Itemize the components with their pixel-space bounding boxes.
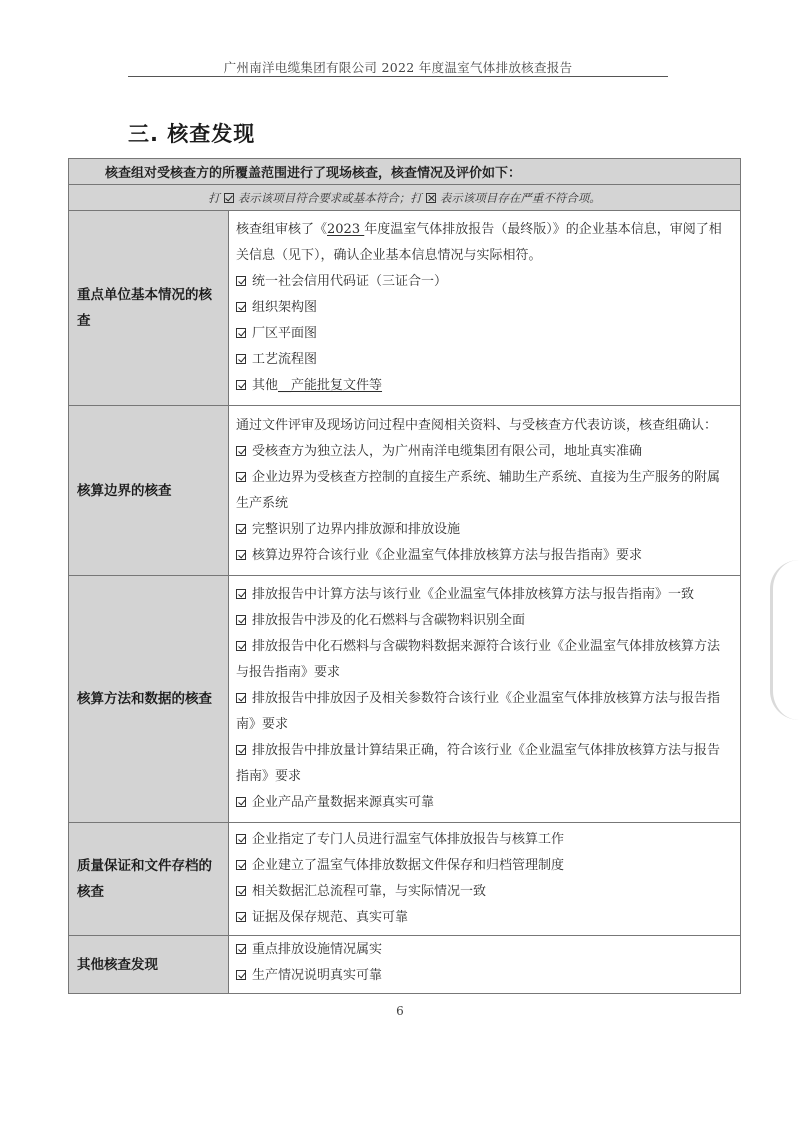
check-item-text: 组织架构图 [252, 300, 317, 315]
checkbox-checked-icon [236, 550, 246, 560]
check-item: 厂区平面图 [236, 321, 732, 347]
checkbox-checked-icon [236, 944, 246, 954]
checkbox-checked-icon [236, 797, 246, 807]
check-item-text: 相关数据汇总流程可靠，与实际情况一致 [252, 884, 486, 899]
category-label: 核算边界的核查 [69, 406, 229, 576]
table-row: 其他核查发现 重点排放设施情况属实 生产情况说明真实可靠 [69, 936, 741, 994]
checkbox-checked-icon [236, 615, 246, 625]
intro-paragraph: 核查组审核了《2023 年度温室气体排放报告（最终版）》的企业基本信息，审阅了相… [236, 217, 732, 269]
page-number: 6 [0, 1004, 800, 1018]
checkbox-checked-icon [236, 886, 246, 896]
check-item-text: 排放报告中计算方法与该行业《企业温室气体排放核算方法与报告指南》一致 [252, 587, 694, 602]
check-item: 受核查方为独立法人，为广州南洋电缆集团有限公司，地址真实准确 [236, 439, 732, 465]
legend-text-2: 表示该项目存在严重不符合项。 [440, 191, 601, 205]
checkbox-checked-icon [236, 693, 246, 703]
check-item: 企业边界为受核查方控制的直接生产系统、辅助生产系统、直接为生产服务的附属生产系统 [236, 465, 732, 517]
checkbox-checked-icon [236, 380, 246, 390]
check-item-text: 重点排放设施情况属实 [252, 942, 382, 957]
check-item-text: 企业产品产量数据来源真实可靠 [252, 795, 434, 810]
checkbox-checked-icon [236, 446, 246, 456]
findings-content: 核查组审核了《2023 年度温室气体排放报告（最终版）》的企业基本信息，审阅了相… [229, 211, 741, 406]
check-item-text: 统一社会信用代码证（三证合一） [252, 274, 447, 289]
findings-content: 重点排放设施情况属实 生产情况说明真实可靠 [229, 936, 741, 994]
category-label: 核算方法和数据的核查 [69, 576, 229, 823]
report-year: 2023 [327, 222, 364, 237]
table-row: 核算边界的核查 通过文件评审及现场访问过程中查阅相关资料、与受核查方代表访谈，核… [69, 406, 741, 576]
checkbox-checked-icon [236, 276, 246, 286]
check-item: 证据及保存规范、真实可靠 [236, 905, 732, 931]
checked-box-icon [224, 193, 234, 203]
category-label: 其他核查发现 [69, 936, 229, 994]
running-header: 广州南洋电缆集团有限公司 2022 年度温室气体排放核查报告 [128, 58, 668, 76]
checkbox-checked-icon [236, 524, 246, 534]
check-item: 统一社会信用代码证（三证合一） [236, 269, 732, 295]
checkbox-checked-icon [236, 834, 246, 844]
legend-prefix: 打 [208, 191, 220, 205]
checkbox-checked-icon [236, 354, 246, 364]
check-item: 企业建立了温室气体排放数据文件保存和归档管理制度 [236, 853, 732, 879]
checkbox-checked-icon [236, 328, 246, 338]
findings-table: 核查组对受核查方的所覆盖范围进行了现场核查，核查情况及评价如下： 打表示该项目符… [68, 158, 741, 994]
check-item: 排放报告中排放因子及相关参数符合该行业《企业温室气体排放核算方法与报告指南》要求 [236, 686, 732, 738]
check-item-text: 排放报告中化石燃料与含碳物料数据来源符合该行业《企业温室气体排放核算方法与报告指… [236, 639, 720, 680]
legend-text: 打表示该项目符合要求或基本符合；打表示该项目存在严重不符合项。 [69, 185, 741, 211]
check-item: 排放报告中化石燃料与含碳物料数据来源符合该行业《企业温室气体排放核算方法与报告指… [236, 634, 732, 686]
findings-content: 企业指定了专门人员进行温室气体排放报告与核算工作 企业建立了温室气体排放数据文件… [229, 823, 741, 936]
checkbox-checked-icon [236, 970, 246, 980]
checkbox-checked-icon [236, 860, 246, 870]
checkbox-checked-icon [236, 589, 246, 599]
section-title: 三. 核查发现 [128, 118, 255, 148]
check-item-text: 证据及保存规范、真实可靠 [252, 910, 408, 925]
intro-text: 核查组对受核查方的所覆盖范围进行了现场核查，核查情况及评价如下： [69, 159, 741, 185]
findings-content: 排放报告中计算方法与该行业《企业温室气体排放核算方法与报告指南》一致 排放报告中… [229, 576, 741, 823]
intro-paragraph: 通过文件评审及现场访问过程中查阅相关资料、与受核查方代表访谈，核查组确认： [236, 413, 732, 439]
crossed-box-icon [426, 193, 436, 203]
checkbox-checked-icon [236, 745, 246, 755]
check-item-text: 工艺流程图 [252, 352, 317, 367]
check-item-text: 排放报告中排放量计算结果正确，符合该行业《企业温室气体排放核算方法与报告指南》要… [236, 743, 720, 784]
checkbox-checked-icon [236, 472, 246, 482]
check-item: 排放报告中计算方法与该行业《企业温室气体排放核算方法与报告指南》一致 [236, 582, 732, 608]
check-item-text: 核算边界符合该行业《企业温室气体排放核算方法与报告指南》要求 [252, 548, 642, 563]
legend-row: 打表示该项目符合要求或基本符合；打表示该项目存在严重不符合项。 [69, 185, 741, 211]
check-item-text: 企业边界为受核查方控制的直接生产系统、辅助生产系统、直接为生产服务的附属生产系统 [236, 470, 720, 511]
other-label: 其他 [252, 378, 278, 393]
check-item-text: 厂区平面图 [252, 326, 317, 341]
check-item: 排放报告中排放量计算结果正确，符合该行业《企业温室气体排放核算方法与报告指南》要… [236, 738, 732, 790]
check-item-text: 排放报告中排放因子及相关参数符合该行业《企业温室气体排放核算方法与报告指南》要求 [236, 691, 720, 732]
check-item-other: 其他__产能批复文件等 [236, 373, 732, 399]
category-label: 质量保证和文件存档的核查 [69, 823, 229, 936]
table-row: 重点单位基本情况的核查 核查组审核了《2023 年度温室气体排放报告（最终版）》… [69, 211, 741, 406]
check-item: 组织架构图 [236, 295, 732, 321]
check-item: 工艺流程图 [236, 347, 732, 373]
check-item-text: 受核查方为独立法人，为广州南洋电缆集团有限公司，地址真实准确 [252, 444, 642, 459]
check-item: 重点排放设施情况属实 [236, 937, 732, 963]
check-item: 生产情况说明真实可靠 [236, 963, 732, 989]
check-item: 核算边界符合该行业《企业温室气体排放核算方法与报告指南》要求 [236, 543, 732, 569]
paragraph-text: 核查组审核了《 [236, 222, 327, 237]
check-item: 企业产品产量数据来源真实可靠 [236, 790, 732, 816]
table-row: 质量保证和文件存档的核查 企业指定了专门人员进行温室气体排放报告与核算工作 企业… [69, 823, 741, 936]
check-item: 企业指定了专门人员进行温室气体排放报告与核算工作 [236, 827, 732, 853]
intro-row: 核查组对受核查方的所覆盖范围进行了现场核查，核查情况及评价如下： [69, 159, 741, 185]
check-item: 完整识别了边界内排放源和排放设施 [236, 517, 732, 543]
check-item: 排放报告中涉及的化石燃料与含碳物料识别全面 [236, 608, 732, 634]
checkbox-checked-icon [236, 302, 246, 312]
findings-content: 通过文件评审及现场访问过程中查阅相关资料、与受核查方代表访谈，核查组确认： 受核… [229, 406, 741, 576]
check-item: 相关数据汇总流程可靠，与实际情况一致 [236, 879, 732, 905]
table-row: 核算方法和数据的核查 排放报告中计算方法与该行业《企业温室气体排放核算方法与报告… [69, 576, 741, 823]
legend-text-1: 表示该项目符合要求或基本符合；打 [238, 191, 422, 205]
check-item-text: 企业指定了专门人员进行温室气体排放报告与核算工作 [252, 832, 564, 847]
other-value: __产能批复文件等 [278, 378, 382, 393]
category-label: 重点单位基本情况的核查 [69, 211, 229, 406]
check-item-text: 排放报告中涉及的化石燃料与含碳物料识别全面 [252, 613, 525, 628]
checkbox-checked-icon [236, 641, 246, 651]
check-item-text: 完整识别了边界内排放源和排放设施 [252, 522, 460, 537]
check-item-text: 生产情况说明真实可靠 [252, 968, 382, 983]
header-divider [128, 76, 668, 77]
checkbox-checked-icon [236, 912, 246, 922]
check-item-text: 企业建立了温室气体排放数据文件保存和归档管理制度 [252, 858, 564, 873]
partial-seal-stamp [770, 560, 799, 720]
